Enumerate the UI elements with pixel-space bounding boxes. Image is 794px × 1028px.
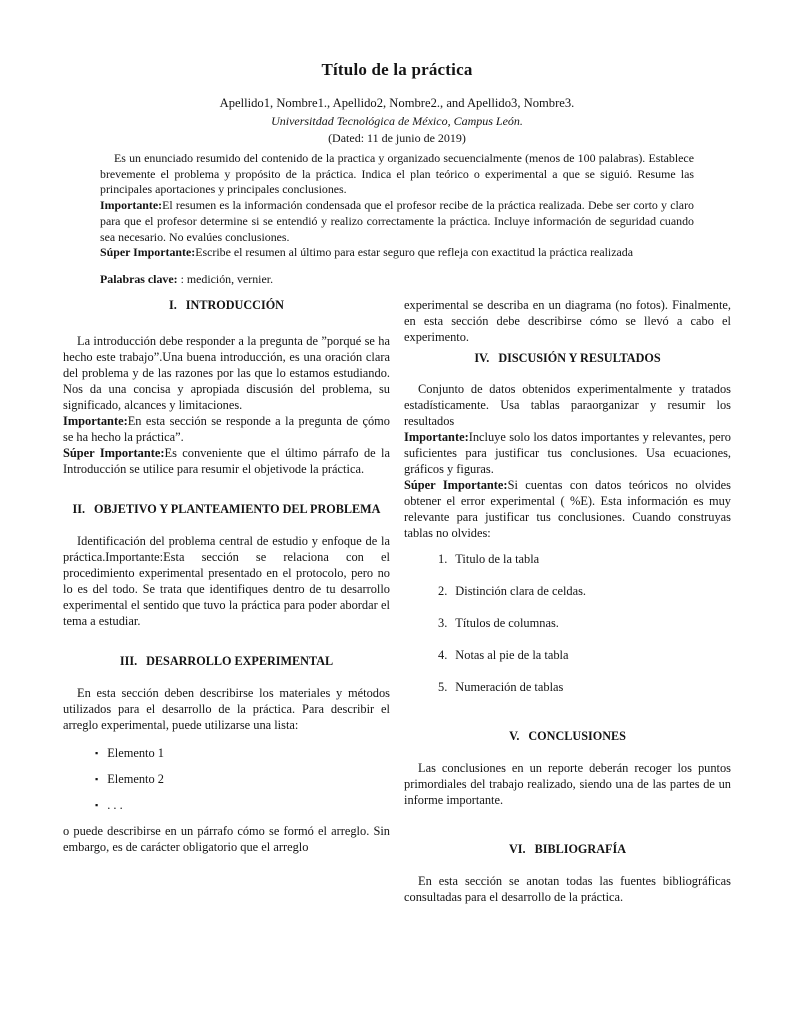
abstract-important-paragraph: Importante:El resumen es la información …: [100, 198, 694, 245]
section-number: IV.: [474, 351, 489, 365]
item-number: 5.: [438, 680, 447, 694]
list-item: 3.Títulos de columnas.: [404, 615, 731, 631]
list-item-text: Elemento 1: [107, 746, 164, 760]
section-title: INTRODUCCIÓN: [186, 298, 284, 312]
intro-super-important-paragraph: Súper Importante:Es conveniente que el ú…: [63, 445, 390, 477]
list-item: 2.Distinción clara de celdas.: [404, 583, 731, 599]
authors-line: Apellido1, Nombre1., Apellido2, Nombre2.…: [0, 96, 794, 111]
keywords-line: Palabras clave: : medición, vernier.: [100, 272, 694, 288]
right-column: experimental se describa en un diagrama …: [404, 297, 731, 905]
conclusiones-paragraph: Las conclusiones en un reporte deberán r…: [404, 760, 731, 808]
desarrollo-continuation-paragraph: experimental se describa en un diagrama …: [404, 297, 731, 345]
section-number: VI.: [509, 842, 526, 856]
section-heading-objetivo: II.OBJETIVO Y PLANTEAMIENTO DEL PROBLEMA: [63, 501, 390, 518]
paper-page: Título de la práctica Apellido1, Nombre1…: [0, 0, 794, 1028]
desarrollo-paragraph: En esta sección deben describirse los ma…: [63, 685, 390, 733]
important-text: El resumen es la información condensada …: [100, 198, 694, 243]
bibliografia-paragraph: En esta sección se anotan todas las fuen…: [404, 873, 731, 905]
item-number: 2.: [438, 584, 447, 598]
list-item: ▪. . .: [63, 797, 390, 813]
list-item-text: . . .: [107, 798, 123, 812]
list-item: 4.Notas al pie de la tabla: [404, 647, 731, 663]
section-heading-bibliografia: VI.BIBLIOGRAFÍA: [404, 841, 731, 858]
abstract-paragraph: Es un enunciado resumido del contenido d…: [100, 151, 694, 198]
section-title: CONCLUSIONES: [528, 729, 626, 743]
section-heading-desarrollo: III.DESARROLLO EXPERIMENTAL: [63, 653, 390, 670]
section-title: DISCUSIÓN Y RESULTADOS: [498, 351, 660, 365]
list-item-text: Titulo de la tabla: [455, 552, 539, 566]
square-bullet-icon: ▪: [95, 771, 98, 787]
item-number: 4.: [438, 648, 447, 662]
section-number: II.: [73, 502, 86, 516]
list-item-text: Notas al pie de la tabla: [455, 648, 568, 662]
list-item-text: Elemento 2: [107, 772, 164, 786]
keywords-text: : medición, vernier.: [178, 272, 273, 286]
list-item-text: Distinción clara de celdas.: [455, 584, 586, 598]
left-column: I.INTRODUCCIÓN La introducción debe resp…: [63, 297, 390, 855]
section-title: DESARROLLO EXPERIMENTAL: [146, 654, 333, 668]
paper-header: Título de la práctica Apellido1, Nombre1…: [0, 60, 794, 146]
item-number: 3.: [438, 616, 447, 630]
desarrollo-closing-paragraph: o puede describirse en un párrafo cómo s…: [63, 823, 390, 855]
square-bullet-icon: ▪: [95, 797, 98, 813]
important-label: Importante:: [404, 430, 469, 444]
abstract-block: Es un enunciado resumido del contenido d…: [100, 151, 694, 288]
super-important-text: Escribe el resumen al último para estar …: [195, 245, 633, 259]
item-number: 1.: [438, 552, 447, 566]
important-label: Importante:: [63, 414, 128, 428]
super-important-label: Súper Importante:: [63, 446, 165, 460]
abstract-super-important-paragraph: Súper Importante:Escribe el resumen al ú…: [100, 245, 694, 261]
super-important-label: Súper Importante:: [100, 245, 195, 259]
list-item-text: Numeración de tablas: [455, 680, 563, 694]
super-important-label: Súper Importante:: [404, 478, 508, 492]
list-item: 5.Numeración de tablas: [404, 679, 731, 695]
discusion-paragraph: Conjunto de datos obtenidos experimental…: [404, 381, 731, 429]
section-heading-conclusiones: V.CONCLUSIONES: [404, 728, 731, 745]
discusion-important-paragraph: Importante:Incluye solo los datos import…: [404, 429, 731, 477]
objetivo-paragraph: Identificación del problema central de e…: [63, 533, 390, 629]
square-bullet-icon: ▪: [95, 745, 98, 761]
materials-bullet-list: ▪Elemento 1 ▪Elemento 2 ▪. . .: [63, 745, 390, 813]
list-item: ▪Elemento 2: [63, 771, 390, 787]
section-heading-discusion: IV.DISCUSIÓN Y RESULTADOS: [404, 350, 731, 367]
list-item: ▪Elemento 1: [63, 745, 390, 761]
table-checklist: 1.Titulo de la tabla 2.Distinción clara …: [404, 551, 731, 695]
list-item-text: Títulos de columnas.: [455, 616, 559, 630]
intro-paragraph: La introducción debe responder a la preg…: [63, 333, 390, 413]
list-item: 1.Titulo de la tabla: [404, 551, 731, 567]
affiliation-line: Universitdad Tecnológica de México, Camp…: [0, 114, 794, 129]
section-title: OBJETIVO Y PLANTEAMIENTO DEL PROBLEMA: [94, 502, 380, 516]
section-title: BIBLIOGRAFÍA: [535, 842, 626, 856]
important-label: Importante:: [100, 198, 162, 212]
section-number: V.: [509, 729, 519, 743]
paper-title: Título de la práctica: [0, 60, 794, 80]
section-number: I.: [169, 298, 177, 312]
section-number: III.: [120, 654, 137, 668]
section-heading-introduccion: I.INTRODUCCIÓN: [63, 297, 390, 314]
intro-important-paragraph: Importante:En esta sección se responde a…: [63, 413, 390, 445]
discusion-super-important-paragraph: Súper Importante:Si cuentas con datos te…: [404, 477, 731, 541]
keywords-label: Palabras clave:: [100, 272, 178, 286]
date-line: (Dated: 11 de junio de 2019): [0, 131, 794, 146]
